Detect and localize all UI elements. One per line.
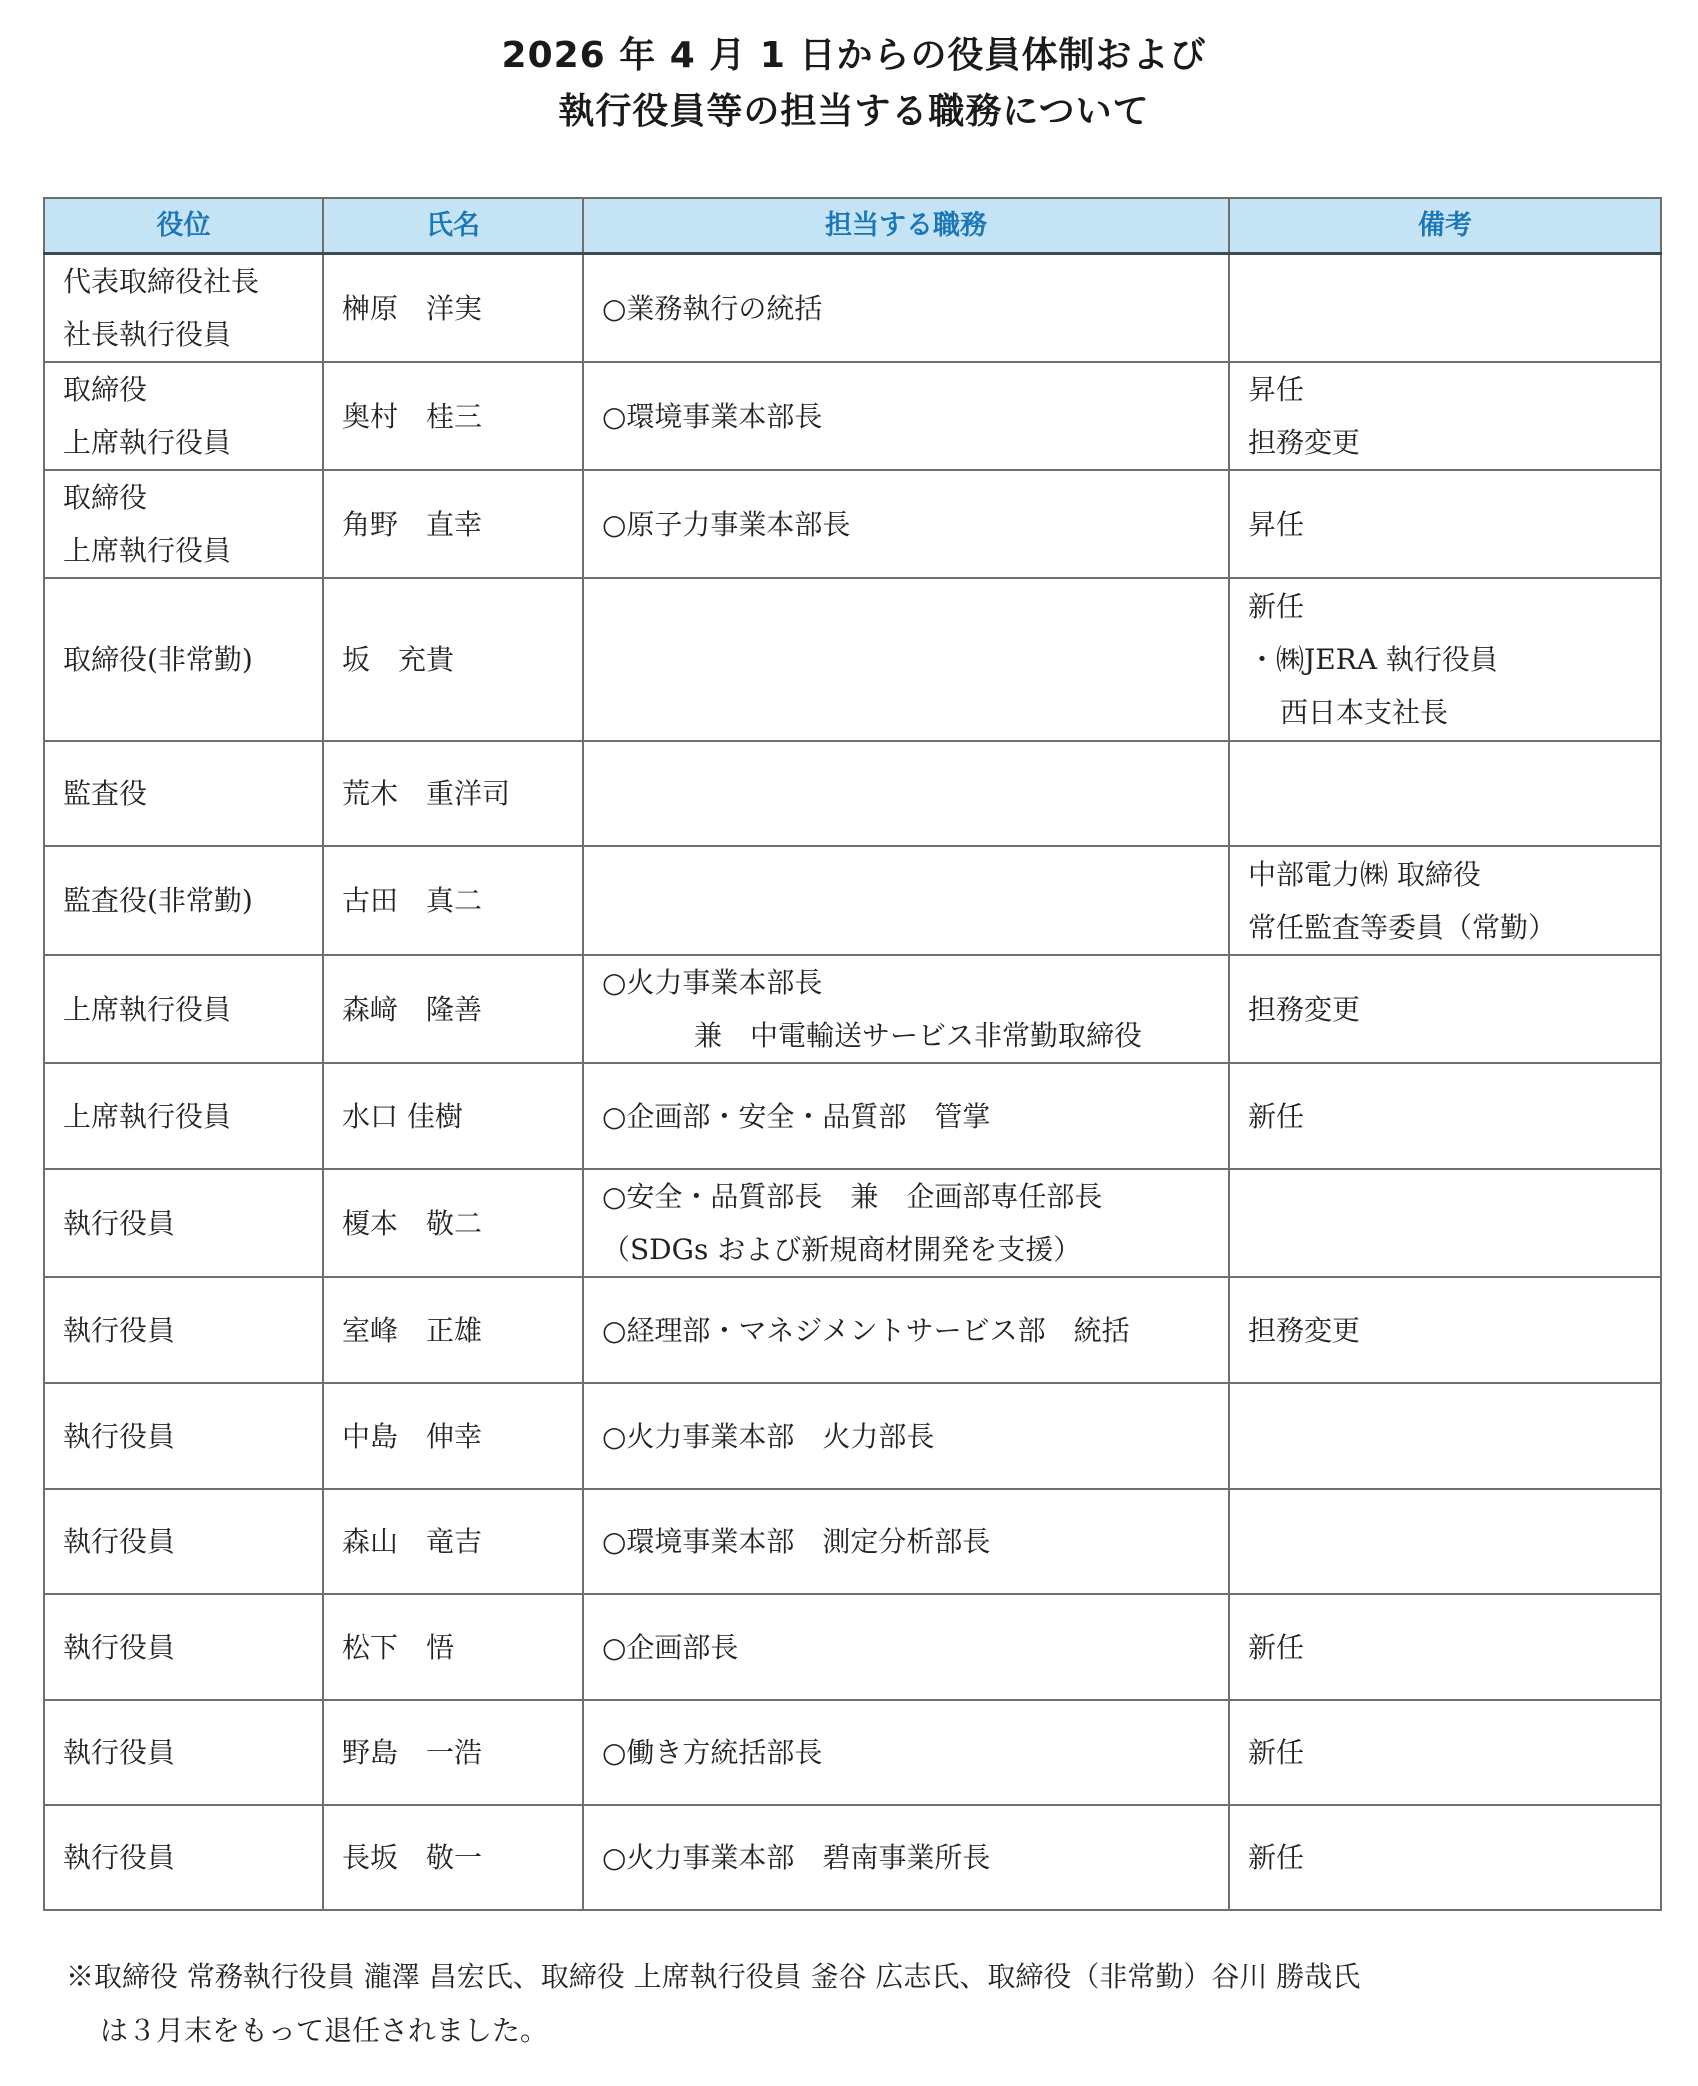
remark-text: 常任監査等委員（常勤） <box>1248 901 1642 954</box>
table-row: 監査役(非常勤) 古田 真二 中部電力㈱ 取締役 常任監査等委員（常勤） <box>44 846 1661 955</box>
position-text: 社長執行役員 <box>63 308 304 361</box>
position-text: 監査役 <box>63 767 304 820</box>
position-text: 取締役 <box>63 363 304 416</box>
table-row: 取締役 上席執行役員 角野 直幸 ○原子力事業本部長 昇任 <box>44 470 1661 578</box>
position-text: 執行役員 <box>63 1726 304 1779</box>
table-row: 代表取締役社長 社長執行役員 榊原 洋実 ○業務執行の統括 <box>44 254 1661 363</box>
table-row: 執行役員 森山 竜吉 ○環境事業本部 測定分析部長 <box>44 1489 1661 1594</box>
name-cell: 中島 伸幸 <box>323 1383 583 1489</box>
position-cell: 取締役 上席執行役員 <box>44 362 323 470</box>
remarks-cell: 昇任 <box>1229 470 1661 578</box>
page-title: 2026 年 4 月 1 日からの役員体制および 執行役員等の担当する職務につい… <box>0 28 1698 140</box>
remark-text: 西日本支社長 <box>1248 686 1642 739</box>
table-row: 上席執行役員 水口 佳樹 ○企画部・安全・品質部 管掌 新任 <box>44 1063 1661 1169</box>
table-row: 執行役員 中島 伸幸 ○火力事業本部 火力部長 <box>44 1383 1661 1489</box>
column-header-duties: 担当する職務 <box>583 198 1229 254</box>
name-cell: 荒木 重洋司 <box>323 741 583 846</box>
position-cell: 代表取締役社長 社長執行役員 <box>44 254 323 363</box>
footnote-line-1: ※取締役 常務執行役員 瀧澤 昌宏氏、取締役 上席執行役員 釜谷 広志氏、取締役… <box>66 1950 1666 2004</box>
duties-cell: ○働き方統括部長 <box>583 1700 1229 1805</box>
remarks-cell: 中部電力㈱ 取締役 常任監査等委員（常勤） <box>1229 846 1661 955</box>
remark-text: 担務変更 <box>1248 983 1642 1036</box>
name-cell: 奥村 桂三 <box>323 362 583 470</box>
title-line-2: 執行役員等の担当する職務について <box>0 84 1698 140</box>
duties-cell: ○環境事業本部長 <box>583 362 1229 470</box>
position-cell: 監査役 <box>44 741 323 846</box>
duties-cell: ○火力事業本部長 兼 中電輸送サービス非常勤取締役 <box>583 955 1229 1063</box>
name-cell: 榊原 洋実 <box>323 254 583 363</box>
column-header-position: 役位 <box>44 198 323 254</box>
table-row: 上席執行役員 森﨑 隆善 ○火力事業本部長 兼 中電輸送サービス非常勤取締役 担… <box>44 955 1661 1063</box>
duty-text: （SDGs および新規商材開発を支援） <box>602 1223 1210 1276</box>
position-cell: 執行役員 <box>44 1169 323 1277</box>
remarks-cell: 昇任 担務変更 <box>1229 362 1661 470</box>
table-row: 執行役員 榎本 敬二 ○安全・品質部長 兼 企画部専任部長 （SDGs および新… <box>44 1169 1661 1277</box>
duty-text: ○業務執行の統括 <box>602 282 1210 335</box>
table-row: 執行役員 長坂 敬一 ○火力事業本部 碧南事業所長 新任 <box>44 1805 1661 1910</box>
duty-text: ○環境事業本部 測定分析部長 <box>602 1515 1210 1568</box>
duty-text: ○働き方統括部長 <box>602 1726 1210 1779</box>
duties-cell: ○企画部・安全・品質部 管掌 <box>583 1063 1229 1169</box>
position-cell: 執行役員 <box>44 1277 323 1383</box>
name-cell: 松下 悟 <box>323 1594 583 1700</box>
remark-text: ・㈱JERA 執行役員 <box>1248 633 1642 686</box>
position-text: 上席執行役員 <box>63 524 304 577</box>
name-cell: 森山 竜吉 <box>323 1489 583 1594</box>
name-cell: 室峰 正雄 <box>323 1277 583 1383</box>
duty-text: 兼 中電輸送サービス非常勤取締役 <box>602 1009 1210 1062</box>
duty-text: ○火力事業本部 碧南事業所長 <box>602 1831 1210 1884</box>
duty-text: ○企画部長 <box>602 1621 1210 1674</box>
remark-text: 担務変更 <box>1248 416 1642 469</box>
position-text: 代表取締役社長 <box>63 255 304 308</box>
column-header-name: 氏名 <box>323 198 583 254</box>
position-text: 執行役員 <box>63 1515 304 1568</box>
remarks-cell <box>1229 1383 1661 1489</box>
name-cell: 長坂 敬一 <box>323 1805 583 1910</box>
duties-cell: ○原子力事業本部長 <box>583 470 1229 578</box>
name-cell: 角野 直幸 <box>323 470 583 578</box>
duties-cell: ○環境事業本部 測定分析部長 <box>583 1489 1229 1594</box>
remark-text: 中部電力㈱ 取締役 <box>1248 848 1642 901</box>
position-text: 上席執行役員 <box>63 1090 304 1143</box>
remark-text: 新任 <box>1248 580 1642 633</box>
duties-cell <box>583 846 1229 955</box>
table-row: 執行役員 松下 悟 ○企画部長 新任 <box>44 1594 1661 1700</box>
remarks-cell: 担務変更 <box>1229 955 1661 1063</box>
position-text: 上席執行役員 <box>63 416 304 469</box>
remarks-cell: 新任 <box>1229 1805 1661 1910</box>
remarks-cell: 担務変更 <box>1229 1277 1661 1383</box>
position-cell: 執行役員 <box>44 1594 323 1700</box>
table-row: 監査役 荒木 重洋司 <box>44 741 1661 846</box>
name-cell: 坂 充貴 <box>323 578 583 741</box>
position-text: 執行役員 <box>63 1197 304 1250</box>
remark-text: 新任 <box>1248 1621 1642 1674</box>
column-header-remarks: 備考 <box>1229 198 1661 254</box>
remarks-cell <box>1229 254 1661 363</box>
table-row: 執行役員 室峰 正雄 ○経理部・マネジメントサービス部 統括 担務変更 <box>44 1277 1661 1383</box>
remarks-cell <box>1229 1169 1661 1277</box>
table-row: 執行役員 野島 一浩 ○働き方統括部長 新任 <box>44 1700 1661 1805</box>
remarks-cell <box>1229 741 1661 846</box>
table-row: 取締役(非常勤) 坂 充貴 新任 ・㈱JERA 執行役員 西日本支社長 <box>44 578 1661 741</box>
position-text: 取締役 <box>63 471 304 524</box>
remark-text: 新任 <box>1248 1726 1642 1779</box>
position-text: 執行役員 <box>63 1410 304 1463</box>
duties-cell: ○企画部長 <box>583 1594 1229 1700</box>
retirement-footnote: ※取締役 常務執行役員 瀧澤 昌宏氏、取締役 上席執行役員 釜谷 広志氏、取締役… <box>66 1950 1666 2058</box>
position-text: 執行役員 <box>63 1621 304 1674</box>
name-cell: 榎本 敬二 <box>323 1169 583 1277</box>
officer-roster-table: 役位 氏名 担当する職務 備考 代表取締役社長 社長執行役員 榊原 洋実 ○業務… <box>43 197 1662 1911</box>
position-cell: 執行役員 <box>44 1383 323 1489</box>
remarks-cell: 新任 <box>1229 1594 1661 1700</box>
remark-text: 担務変更 <box>1248 1304 1642 1357</box>
position-text: 監査役(非常勤) <box>63 874 304 927</box>
remark-text: 新任 <box>1248 1090 1642 1143</box>
remark-text: 昇任 <box>1248 498 1642 551</box>
name-cell: 森﨑 隆善 <box>323 955 583 1063</box>
name-cell: 水口 佳樹 <box>323 1063 583 1169</box>
duty-text: ○安全・品質部長 兼 企画部専任部長 <box>602 1170 1210 1223</box>
position-text: 上席執行役員 <box>63 983 304 1036</box>
duties-cell: ○安全・品質部長 兼 企画部専任部長 （SDGs および新規商材開発を支援） <box>583 1169 1229 1277</box>
name-cell: 野島 一浩 <box>323 1700 583 1805</box>
duties-cell: ○火力事業本部 火力部長 <box>583 1383 1229 1489</box>
duties-cell: ○火力事業本部 碧南事業所長 <box>583 1805 1229 1910</box>
position-cell: 監査役(非常勤) <box>44 846 323 955</box>
duty-text: ○企画部・安全・品質部 管掌 <box>602 1090 1210 1143</box>
duties-cell <box>583 741 1229 846</box>
table-header-row: 役位 氏名 担当する職務 備考 <box>44 198 1661 254</box>
duties-cell <box>583 578 1229 741</box>
position-text: 取締役(非常勤) <box>63 633 304 686</box>
remark-text: 昇任 <box>1248 363 1642 416</box>
name-cell: 古田 真二 <box>323 846 583 955</box>
position-cell: 取締役 上席執行役員 <box>44 470 323 578</box>
position-cell: 上席執行役員 <box>44 955 323 1063</box>
remarks-cell: 新任 <box>1229 1063 1661 1169</box>
position-cell: 執行役員 <box>44 1489 323 1594</box>
remark-text: 新任 <box>1248 1831 1642 1884</box>
duties-cell: ○業務執行の統括 <box>583 254 1229 363</box>
duty-text: ○原子力事業本部長 <box>602 498 1210 551</box>
duty-text: ○火力事業本部 火力部長 <box>602 1410 1210 1463</box>
position-cell: 上席執行役員 <box>44 1063 323 1169</box>
position-text: 執行役員 <box>63 1831 304 1884</box>
position-cell: 執行役員 <box>44 1700 323 1805</box>
position-text: 執行役員 <box>63 1304 304 1357</box>
remarks-cell: 新任 ・㈱JERA 執行役員 西日本支社長 <box>1229 578 1661 741</box>
duty-text: ○環境事業本部長 <box>602 390 1210 443</box>
position-cell: 執行役員 <box>44 1805 323 1910</box>
title-line-1: 2026 年 4 月 1 日からの役員体制および <box>0 28 1698 84</box>
remarks-cell: 新任 <box>1229 1700 1661 1805</box>
duty-text: ○火力事業本部長 <box>602 956 1210 1009</box>
remarks-cell <box>1229 1489 1661 1594</box>
table-row: 取締役 上席執行役員 奥村 桂三 ○環境事業本部長 昇任 担務変更 <box>44 362 1661 470</box>
position-cell: 取締役(非常勤) <box>44 578 323 741</box>
footnote-line-2: は３月末をもって退任されました。 <box>66 2004 1666 2058</box>
duty-text: ○経理部・マネジメントサービス部 統括 <box>602 1304 1210 1357</box>
duties-cell: ○経理部・マネジメントサービス部 統括 <box>583 1277 1229 1383</box>
